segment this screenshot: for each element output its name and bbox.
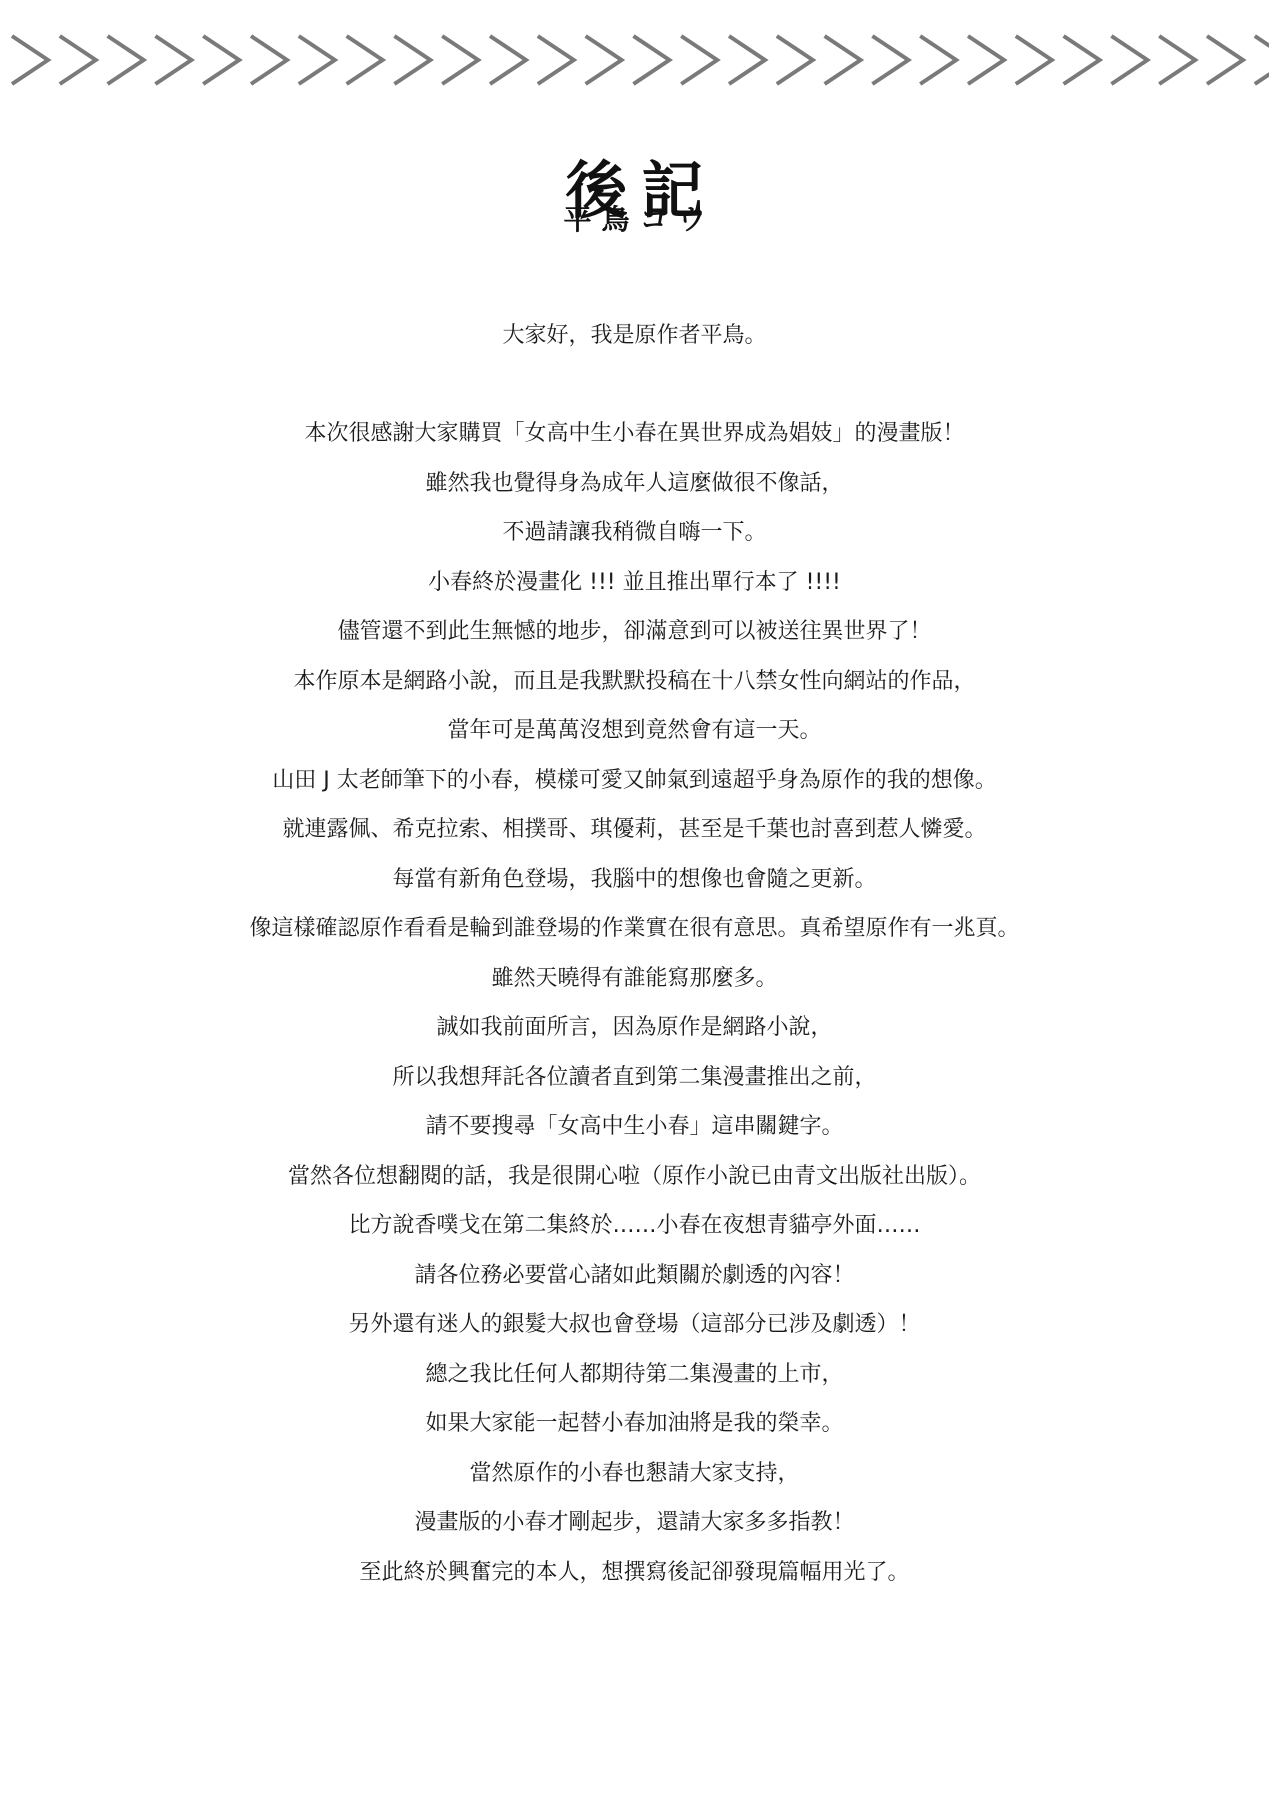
body-line: 另外還有迷人的銀髮大叔也會登場（這部分已涉及劇透）！ <box>0 1309 1269 1359</box>
body-line: 山田 J 太老師筆下的小春，模樣可愛又帥氣到遠超乎身為原作的我的想像。 <box>0 765 1269 815</box>
author-name: 平鳥コウ <box>0 206 1269 234</box>
chevron-right-icon <box>1207 36 1243 84</box>
chevron-right-icon <box>108 36 144 84</box>
chevron-right-icon <box>1111 36 1147 84</box>
body-line: 當年可是萬萬沒想到竟然會有這一天。 <box>0 715 1269 765</box>
chevron-right-icon <box>777 36 813 84</box>
chevron-right-icon <box>633 36 669 84</box>
body-line: 儘管還不到此生無憾的地步，卻滿意到可以被送往異世界了！ <box>0 616 1269 666</box>
body-line: 雖然我也覺得身為成年人這麼做很不像話， <box>0 468 1269 518</box>
chevron-right-icon <box>203 36 239 84</box>
chevron-right-icon <box>12 36 48 84</box>
chevron-right-icon <box>394 36 430 84</box>
chevron-border-decoration <box>0 30 1269 90</box>
chevron-right-icon <box>442 36 478 84</box>
body-line: 如果大家能一起替小春加油將是我的榮幸。 <box>0 1408 1269 1458</box>
body-line: 漫畫版的小春才剛起步，還請大家多多指教！ <box>0 1507 1269 1557</box>
body-line: 本作原本是網路小說，而且是我默默投稿在十八禁女性向網站的作品， <box>0 666 1269 716</box>
body-line: 不過請讓我稍微自嗨一下。 <box>0 517 1269 567</box>
chevron-right-icon <box>1255 36 1269 84</box>
body-line: 本次很感謝大家購買「女高中生小春在異世界成為娼妓」的漫畫版！ <box>0 418 1269 468</box>
greeting-line: 大家好，我是原作者平鳥。 <box>0 320 1269 352</box>
body-line: 每當有新角色登場，我腦中的想像也會隨之更新。 <box>0 864 1269 914</box>
chevron-right-icon <box>920 36 956 84</box>
body-line: 就連露佩、希克拉索、相撲哥、琪優莉，甚至是千葉也討喜到惹人憐愛。 <box>0 814 1269 864</box>
chevron-right-icon <box>538 36 574 84</box>
chevron-right-icon <box>1159 36 1195 84</box>
body-line: 像這樣確認原作看看是輪到誰登場的作業實在很有意思。真希望原作有一兆頁。 <box>0 913 1269 963</box>
chevron-right-icon <box>347 36 383 84</box>
chevron-right-icon <box>490 36 526 84</box>
body-line: 請不要搜尋「女高中生小春」這串關鍵字。 <box>0 1111 1269 1161</box>
body-line: 當然原作的小春也懇請大家支持， <box>0 1458 1269 1508</box>
body-line: 總之我比任何人都期待第二集漫畫的上市， <box>0 1359 1269 1409</box>
chevron-right-icon <box>155 36 191 84</box>
chevron-right-icon <box>586 36 622 84</box>
body-line: 至此終於興奮完的本人，想撰寫後記卻發現篇幅用光了。 <box>0 1557 1269 1607</box>
body-line: 小春終於漫畫化 !!! 並且推出單行本了 !!!! <box>0 567 1269 617</box>
chevron-right-icon <box>1016 36 1052 84</box>
body-line: 比方說香噗戈在第二集終於……小春在夜想青貓亭外面…… <box>0 1210 1269 1260</box>
chevron-right-icon <box>968 36 1004 84</box>
chevron-right-icon <box>60 36 96 84</box>
chevron-right-icon <box>825 36 861 84</box>
body-line: 請各位務必要當心諸如此類關於劇透的內容！ <box>0 1260 1269 1310</box>
chevron-right-icon <box>729 36 765 84</box>
body-line: 所以我想拜託各位讀者直到第二集漫畫推出之前， <box>0 1062 1269 1112</box>
chevron-right-icon <box>872 36 908 84</box>
chevron-row-icon <box>0 30 1269 90</box>
chevron-right-icon <box>299 36 335 84</box>
afterword-body: 本次很感謝大家購買「女高中生小春在異世界成為娼妓」的漫畫版！ 雖然我也覺得身為成… <box>0 418 1269 1606</box>
body-line: 當然各位想翻閱的話，我是很開心啦（原作小說已由青文出版社出版）。 <box>0 1161 1269 1211</box>
chevron-right-icon <box>251 36 287 84</box>
chevron-right-icon <box>1064 36 1100 84</box>
chevron-right-icon <box>681 36 717 84</box>
body-line: 雖然天曉得有誰能寫那麼多。 <box>0 963 1269 1013</box>
body-line: 誠如我前面所言，因為原作是網路小說， <box>0 1012 1269 1062</box>
